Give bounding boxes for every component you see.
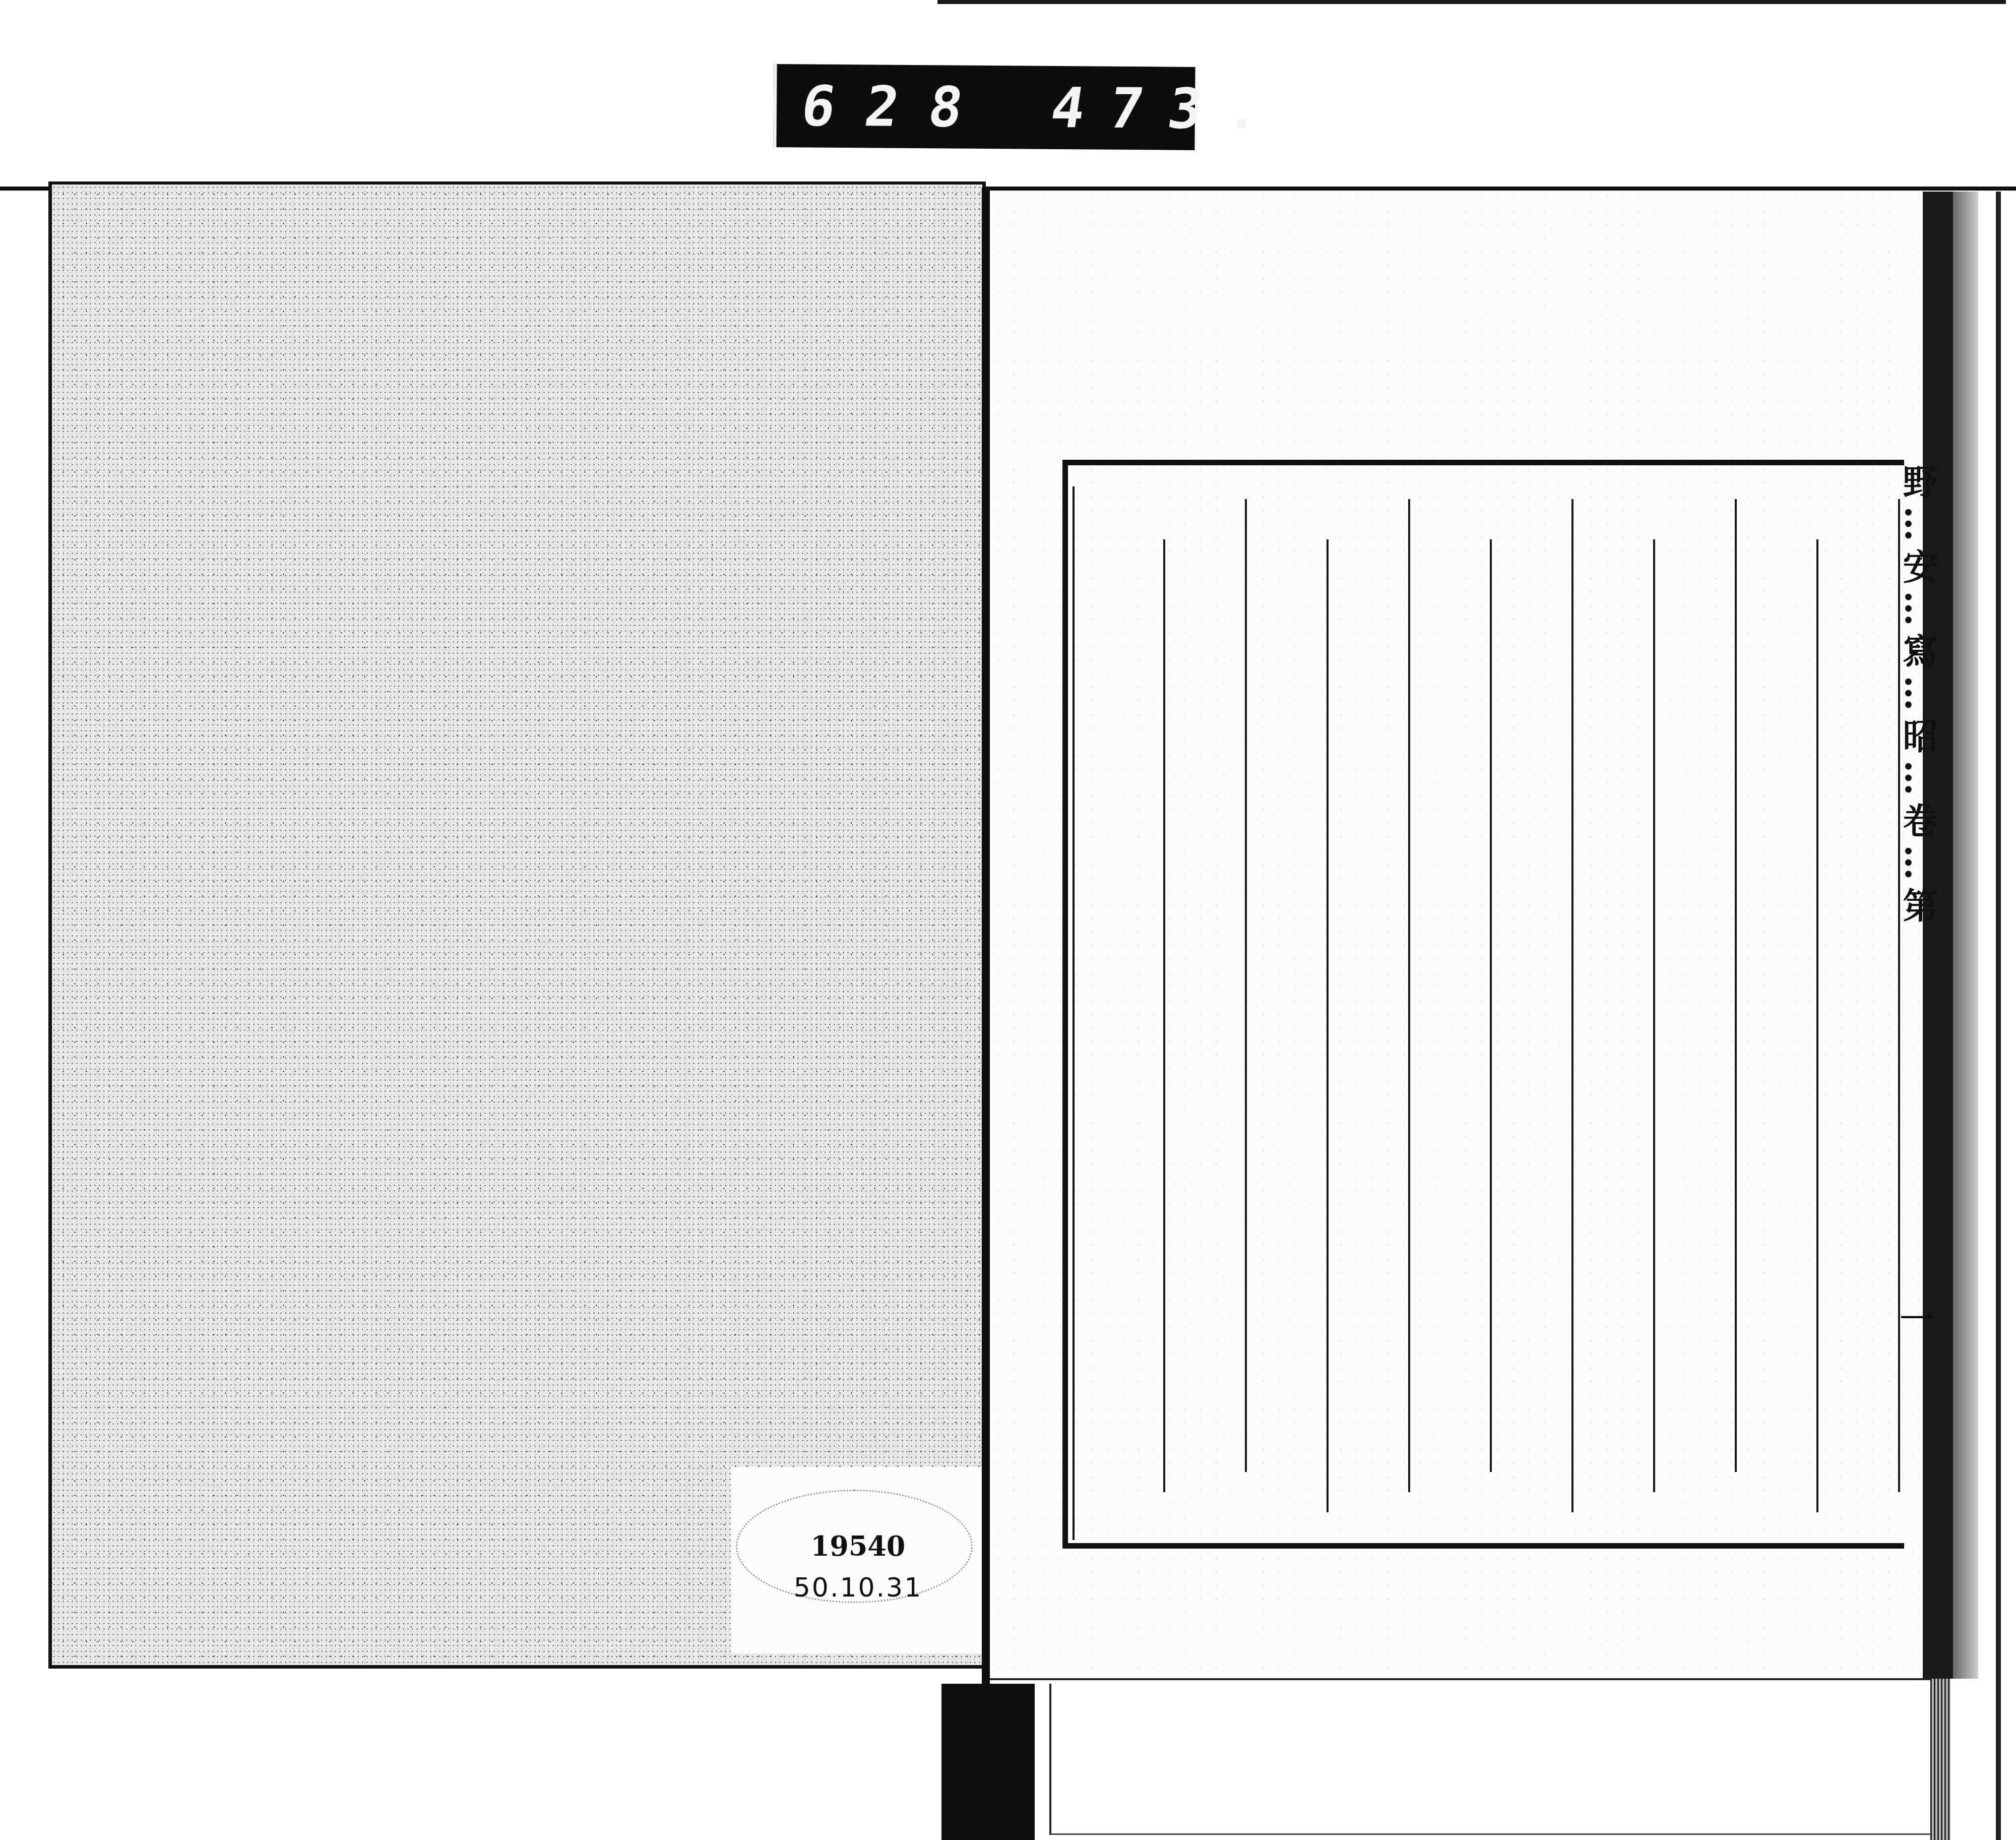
column-rule-line <box>1408 499 1410 1492</box>
column-rule-line <box>1163 539 1165 1492</box>
ruled-text-frame <box>1062 460 1904 1549</box>
column-rule-line <box>1653 539 1655 1492</box>
margin-title-band <box>1923 192 1953 1679</box>
stamp-date: 50.10.31 <box>731 1573 985 1603</box>
book-spine-gutter <box>982 188 990 1685</box>
page-stack-edge <box>1930 1679 1950 1840</box>
frame-inner-border <box>1073 486 1075 1540</box>
column-rule-line <box>1571 499 1573 1512</box>
frame-counter-plate: 628 473. <box>773 64 1195 150</box>
margin-page-marker: 一 <box>1900 1301 1940 1336</box>
book-block-shadow <box>941 1684 1035 1840</box>
page-edge-shadow <box>1953 192 1978 1679</box>
left-page-blank <box>48 181 986 1669</box>
column-rule-line <box>1327 539 1329 1512</box>
stamp-accession-number: 19540 <box>731 1530 985 1562</box>
column-rule-line <box>1490 539 1492 1472</box>
lower-page-stack <box>1049 1684 1946 1835</box>
adjacent-frame-edge <box>937 0 2006 4</box>
column-rule-line <box>1816 539 1818 1512</box>
column-rule-line <box>1245 499 1247 1472</box>
frame-number: 473. <box>1047 80 1290 137</box>
vertical-book-title: 野…安…寫…昭…卷…第 <box>1895 464 1935 930</box>
outer-book-edge <box>1996 192 2001 1840</box>
column-rule-line <box>1735 499 1737 1472</box>
reel-number: 628 <box>798 79 997 136</box>
